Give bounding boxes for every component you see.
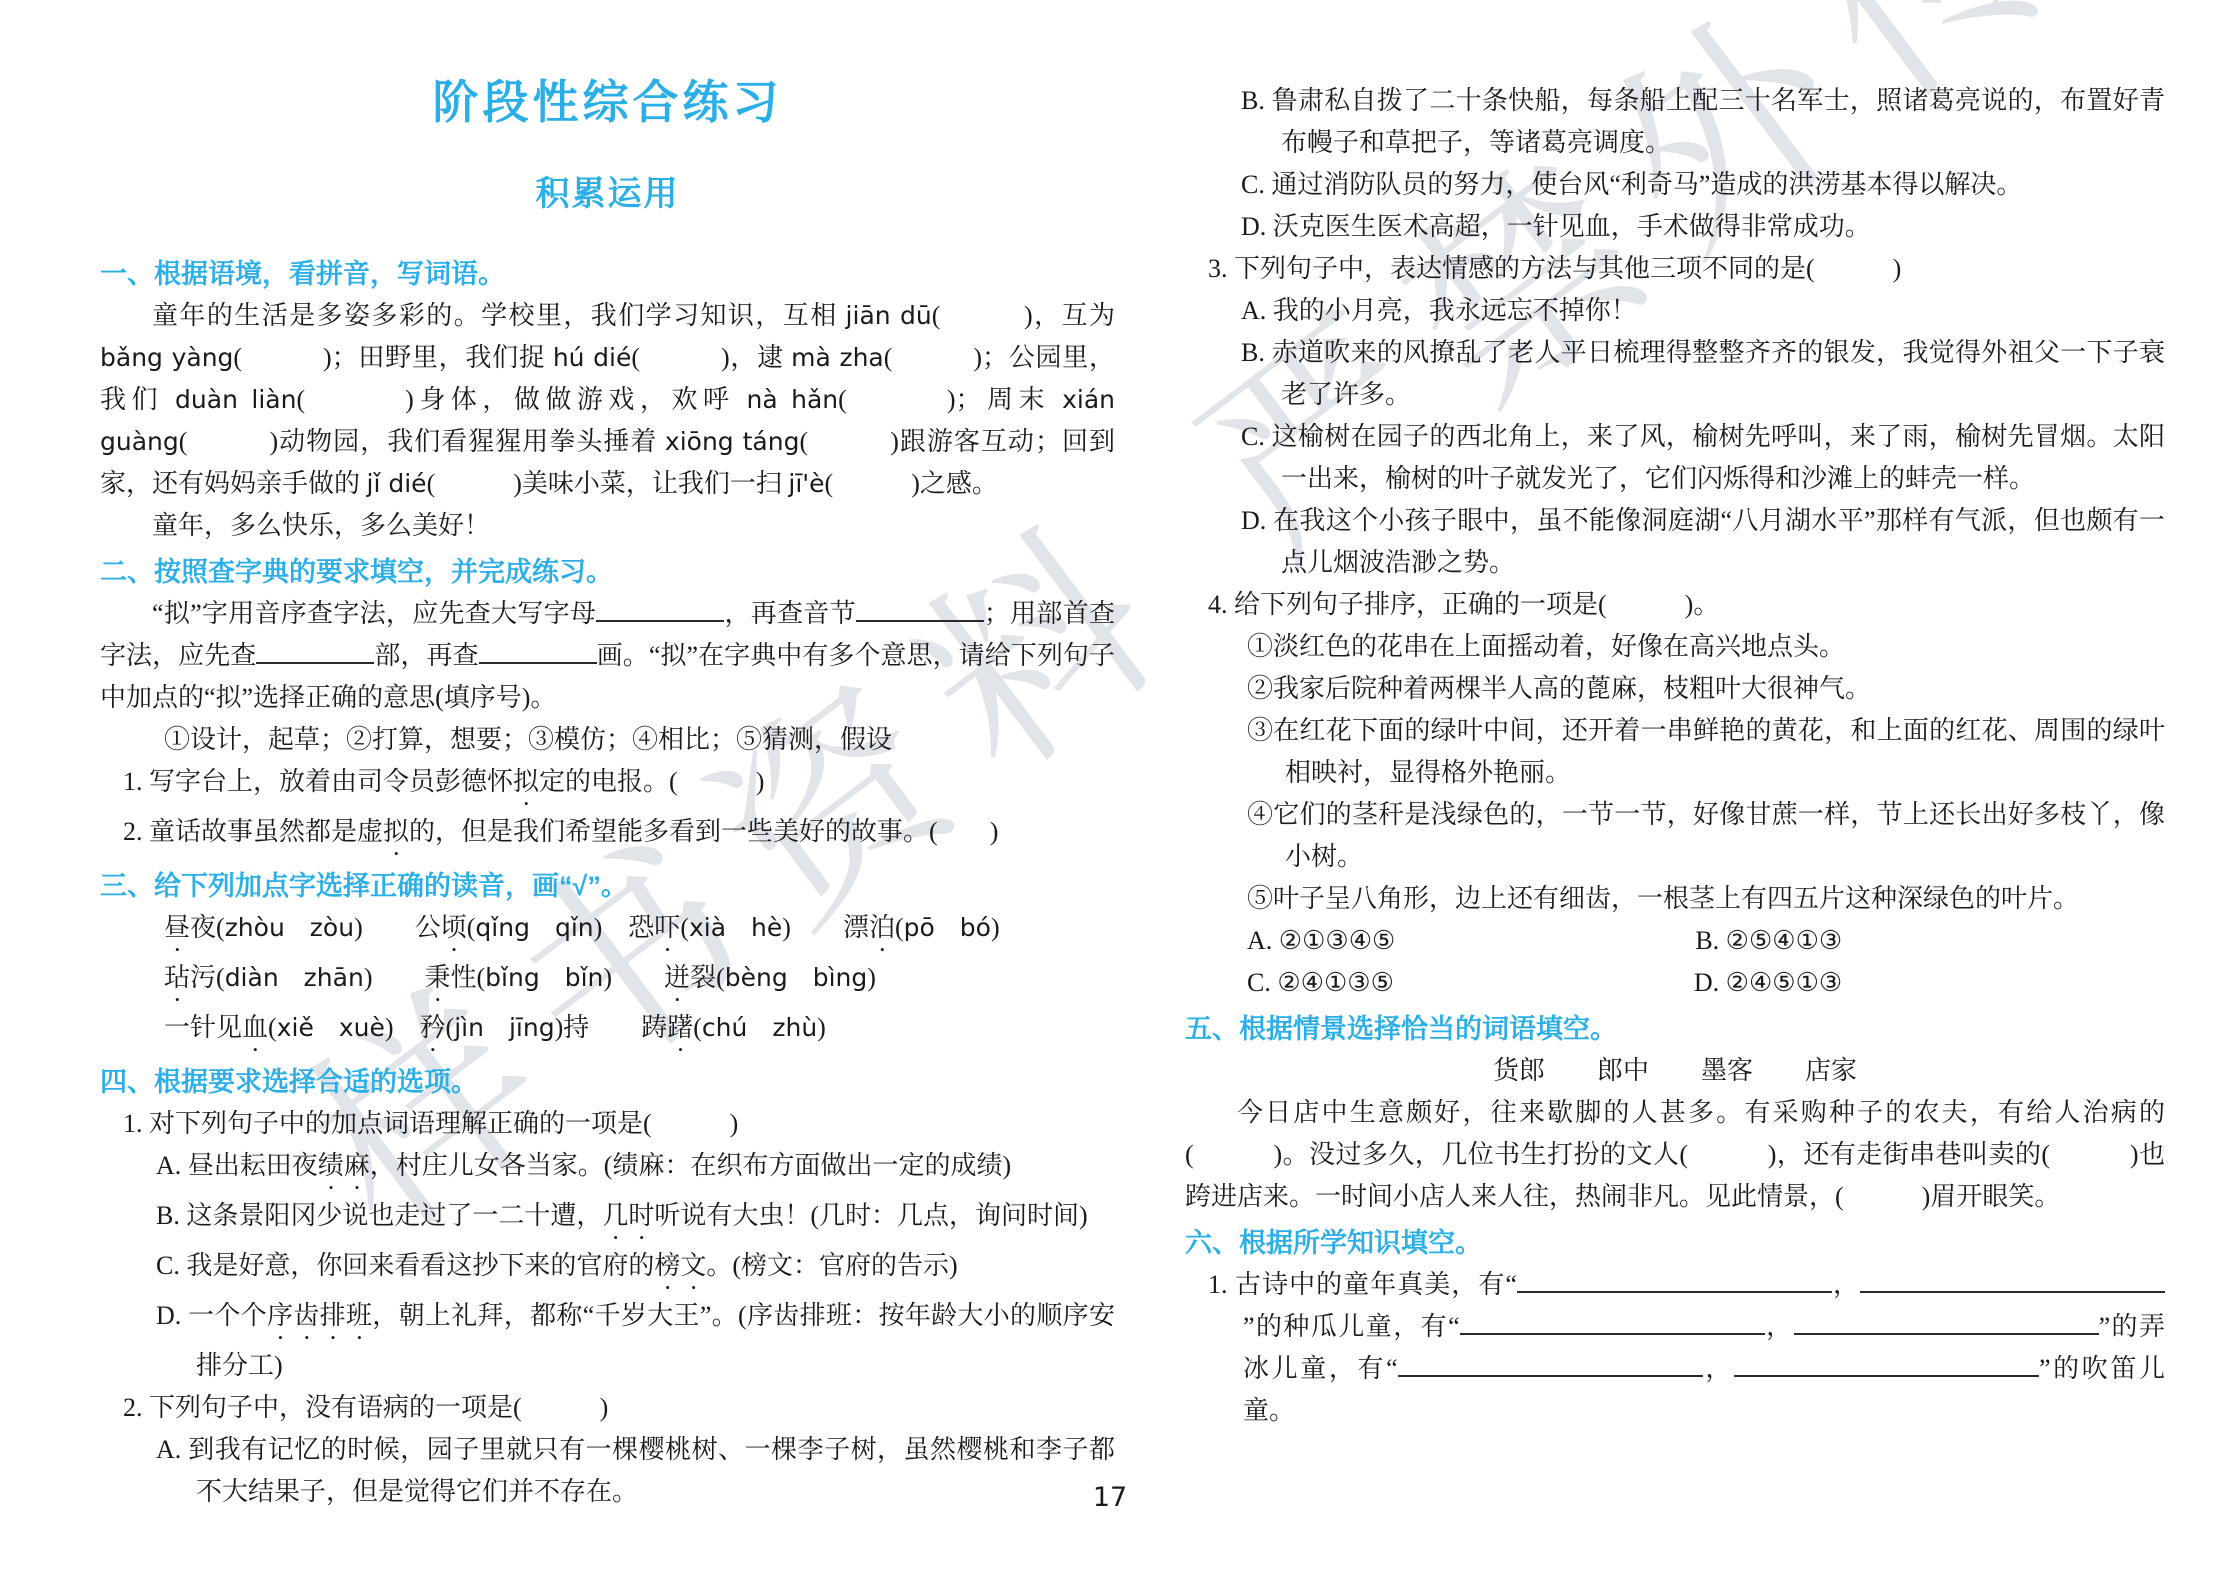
text-segment: D. ②④⑤①③ <box>1694 968 1842 997</box>
text-segment: ，再查音节 <box>724 599 856 628</box>
option-line: B. 鲁肃私自拨了二十条快船，每条船上配三十名军士，照诸葛亮说的，布置好青布幔子… <box>1185 80 2165 164</box>
ordered-sentence: ⑤叶子呈八角形，边上还有细齿，一根茎上有四五片这种深绿色的叶片。 <box>1185 878 2165 920</box>
pinyin-text: nà hǎn <box>747 385 839 414</box>
text-segment: ③在红花下面的绿叶中间，还开着一串鲜艳的黄花，和上面的红花、周围的绿叶相映衬，显… <box>1247 716 2165 787</box>
answer-options-row: C. ②④①③⑤D. ②④⑤①③ <box>1185 962 2165 1004</box>
page-title: 阶段性综合练习 <box>100 66 1115 132</box>
text-segment: ( <box>895 913 904 942</box>
text-segment: ①淡红色的花串在上面摇动着，好像在高兴地点头。 <box>1247 632 1845 661</box>
ordered-sentence: ②我家后院种着两棵半人高的蓖麻，枝粗叶大很神气。 <box>1185 668 2165 710</box>
emphasized-char: 顷 <box>441 913 467 942</box>
section-4-header: 四、根据要求选择合适的选项。 <box>100 1061 1115 1103</box>
option-line: C. 我是好意，你回来看看这抄下来的官府的榜文。(榜文：官府的告示) <box>100 1245 1115 1295</box>
right-column-content: B. 鲁肃私自拨了二十条快船，每条船上配三十名军士，照诸葛亮说的，布置好青布幔子… <box>1185 80 2165 1432</box>
option-line: D. 一个个序齿排班，朝上礼拜，都称“千岁大王”。(序齿排班：按年龄大小的顺序安… <box>100 1295 1115 1387</box>
text-segment: ， <box>1765 1312 1794 1341</box>
text-segment: 童年，多么快乐，多么美好！ <box>152 511 490 540</box>
text-segment: 1. 写字台上，放着由司令员彭德怀 <box>123 767 513 796</box>
text-segment: )持 踌 <box>555 1013 668 1042</box>
text-segment: ( )；周末 <box>838 385 1062 414</box>
two-column-layout: 阶段性综合练习 积累运用 一、根据语境，看拼音，写词语。童年的生活是多姿多彩的。… <box>100 58 2165 1513</box>
text-segment: B. ②⑤④①③ <box>1695 926 1842 955</box>
word-bank: 货郎 郎中 墨客 店家 <box>1185 1050 2165 1092</box>
answer-blank[interactable] <box>1860 1266 2165 1293</box>
text-segment: ，村庄儿女各当家。(绩麻：在织布方面做出一定的成绩) <box>370 1151 1011 1180</box>
text-segment: ) 漂 <box>782 913 869 942</box>
text-segment: ( <box>693 1013 702 1042</box>
pinyin-text: zhòu zòu <box>225 913 354 942</box>
answer-blank[interactable] <box>1734 1350 2039 1377</box>
pinyin-text: chú zhù <box>702 1013 817 1042</box>
text-segment: C. 我是好意，你回来看看这抄下来的官府的 <box>156 1251 654 1280</box>
text-segment: ①设计，起草；②打算，想要；③模仿；④相比；⑤猜测，假设 <box>164 725 892 754</box>
text-segment: 二、按照查字典的要求填空，并完成练习。 <box>100 557 613 587</box>
section-6-header: 六、根据所学知识填空。 <box>1185 1222 2165 1264</box>
text-segment: ) <box>364 963 425 992</box>
text-segment: ⑤叶子呈八角形，边上还有细齿，一根茎上有四五片这种深绿色的叶片。 <box>1247 884 2079 913</box>
emphasized-char: 迸 <box>664 963 690 992</box>
text-segment: ②我家后院种着两棵半人高的蓖麻，枝粗叶大很神气。 <box>1247 674 1871 703</box>
meaning-choices: ①设计，起草；②打算，想要；③模仿；④相比；⑤猜测，假设 <box>100 719 1115 761</box>
pinyin-text: bǎng yàng <box>100 343 233 372</box>
section-2-header: 二、按照查字典的要求填空，并完成练习。 <box>100 551 1115 593</box>
question-line: 3. 下列句子中，表达情感的方法与其他三项不同的是( ) <box>1185 248 2165 290</box>
answer-blank[interactable] <box>1398 1350 1703 1377</box>
pronunciation-row: 昼夜(zhòu zòu) 公顷(qǐng qǐn) 恐吓(xià hè) 漂泊(… <box>100 907 1115 957</box>
text-segment: C. 这榆树在园子的西北角上，来了风，榆树先呼叫，来了雨，榆树先冒烟。太阳一出来… <box>1241 422 2165 493</box>
option-line: A. 昼出耘田夜绩麻，村庄儿女各当家。(绩麻：在织布方面做出一定的成绩) <box>100 1145 1115 1195</box>
text-segment: ( )；田野里，我们捉 <box>233 343 552 372</box>
text-segment: 裂( <box>690 963 725 992</box>
option-line: C. 通过消防队员的努力，使台风“利奇马”造成的洪涝基本得以解决。 <box>1185 164 2165 206</box>
answer-blank[interactable] <box>596 595 724 622</box>
text-segment: ( )之感。 <box>825 469 998 498</box>
text-segment: C. 通过消防队员的努力，使台风“利奇马”造成的洪涝基本得以解决。 <box>1241 170 2022 199</box>
text-segment: 。(榜文：官府的告示) <box>706 1251 957 1280</box>
pinyin-text: diàn zhān <box>225 963 364 992</box>
pinyin-text: jiān dū <box>846 301 932 330</box>
pinyin-text: jìn jīng <box>454 1013 554 1042</box>
emphasized-char: 拟 <box>383 817 409 846</box>
text-segment: 三、给下列加点字选择正确的读音，画“√”。 <box>100 871 628 901</box>
pinyin-text: hú dié <box>553 343 632 372</box>
question-line: 1. 对下列句子中的加点词语理解正确的一项是( ) <box>100 1103 1115 1145</box>
text-segment: 六、根据所学知识填空。 <box>1185 1228 1482 1258</box>
emphasized-char: 秉 <box>424 963 450 992</box>
text-segment: ) <box>867 963 876 992</box>
option-line: C. 这榆树在园子的西北角上，来了风，榆树先呼叫，来了雨，榆树先冒烟。太阳一出来… <box>1185 416 2165 500</box>
text-segment: “拟”字用音序查字法，应先查大写字母 <box>152 599 596 628</box>
left-column-content: 一、根据语境，看拼音，写词语。童年的生活是多姿多彩的。学校里，我们学习知识，互相… <box>100 253 1115 1513</box>
text-segment: 1. 对下列句子中的加点词语理解正确的一项是( ) <box>123 1109 738 1138</box>
text-segment: D. 在我这个小孩子眼中，虽不能像洞庭湖“八月湖水平”那样有气派，但也颇有一点儿… <box>1241 506 2165 577</box>
text-segment: ， <box>1703 1354 1734 1383</box>
text-segment: ) 恐 <box>594 913 655 942</box>
text-segment: ( )，互为 <box>932 301 1115 330</box>
emphasized-char: 矜 <box>420 1013 446 1042</box>
pinyin-text: duàn liàn <box>175 385 296 414</box>
answer-blank[interactable] <box>1517 1266 1832 1293</box>
option-line: A. 我的小月亮，我永远忘不掉你！ <box>1185 290 2165 332</box>
text-segment: ( )，逮 <box>631 343 791 372</box>
section-1-header: 一、根据语境，看拼音，写词语。 <box>100 253 1115 295</box>
question-line: 2. 下列句子中，没有语病的一项是( ) <box>100 1387 1115 1429</box>
question-line: 4. 给下列句子排序，正确的一项是( )。 <box>1185 584 2165 626</box>
text-segment: ( )身体，做做游戏，欢呼 <box>296 385 746 414</box>
text-segment: 童年的生活是多姿多彩的。学校里，我们学习知识，互相 <box>152 301 846 330</box>
text-segment: 四、根据要求选择合适的选项。 <box>100 1067 478 1097</box>
page-subtitle: 积累运用 <box>100 166 1115 215</box>
poem-fill-line: 1. 古诗中的童年真美，有“，”的种瓜儿童，有“，”的弄冰儿童，有“，”的吹笛儿… <box>1185 1264 2165 1432</box>
paragraph: 童年，多么快乐，多么美好！ <box>100 505 1115 547</box>
left-column: 阶段性综合练习 积累运用 一、根据语境，看拼音，写词语。童年的生活是多姿多彩的。… <box>100 58 1115 1513</box>
pinyin-text: qǐng qǐn <box>475 913 593 942</box>
page-number: 17 <box>0 1482 2220 1513</box>
section-3-header: 三、给下列加点字选择正确的读音，画“√”。 <box>100 865 1115 907</box>
text-segment: ”的种瓜儿童，有“ <box>1243 1312 1460 1341</box>
pronunciation-row: 一针见血(xiě xuè) 矜(jìn jīng)持 踌躇(chú zhù) <box>100 1007 1115 1057</box>
pinyin-text: jī'è <box>788 469 824 498</box>
section-5-header: 五、根据情景选择恰当的词语填空。 <box>1185 1008 2165 1050</box>
answer-blank[interactable] <box>479 637 597 664</box>
question-line: 1. 写字台上，放着由司令员彭德怀拟定的电报。( ) <box>100 761 1115 811</box>
text-segment: B. 这条景阳冈少说也走过了一二十遭， <box>156 1201 602 1230</box>
emphasized-char: 绩麻 <box>318 1151 370 1180</box>
text-segment: ， <box>1832 1270 1860 1299</box>
pronunciation-row: 玷污(diàn zhān) 秉性(bǐng bǐn) 迸裂(bèng bìng) <box>100 957 1115 1007</box>
text-segment: B. 赤道吹来的风撩乱了老人平日梳理得整整齐齐的银发，我觉得外祖父一下子衰老了许… <box>1241 338 2165 409</box>
text-segment: 4. 给下列句子排序，正确的一项是( )。 <box>1208 590 1719 619</box>
pinyin-text: xiě xuè <box>277 1013 385 1042</box>
ordered-sentence: ④它们的茎秆是浅绿色的，一节一节，好像甘蔗一样，节上还长出好多枝丫，像小树。 <box>1185 794 2165 878</box>
text-segment: 3. 下列句子中，表达情感的方法与其他三项不同的是( ) <box>1208 254 1901 283</box>
text-segment: 2. 下列句子中，没有语病的一项是( ) <box>123 1393 608 1422</box>
pinyin-text: bǐng bǐn <box>485 963 603 992</box>
emphasized-char: 泊 <box>869 913 895 942</box>
right-column: B. 鲁肃私自拨了二十条快船，每条船上配三十名军士，照诸葛亮说的，布置好青布幔子… <box>1185 58 2165 1513</box>
text-segment: B. 鲁肃私自拨了二十条快船，每条船上配三十名军士，照诸葛亮说的，布置好青布幔子… <box>1241 86 2165 157</box>
text-segment: 1. 古诗中的童年真美，有“ <box>1208 1270 1517 1299</box>
answer-blank[interactable] <box>1460 1308 1765 1335</box>
question-line: 2. 童话故事虽然都是虚拟的，但是我们希望能多看到一些美好的故事。( ) <box>100 811 1115 861</box>
text-segment: 夜( <box>190 913 225 942</box>
answer-blank[interactable] <box>856 595 984 622</box>
text-segment: 性( <box>451 963 486 992</box>
text-segment: A. ②①③④⑤ <box>1247 926 1395 955</box>
text-segment: D. 沃克医生医术高超，一针见血，手术做得非常成功。 <box>1241 212 1871 241</box>
text-segment: 一、根据语境，看拼音，写词语。 <box>100 259 505 289</box>
ordered-sentence: ③在红花下面的绿叶中间，还开着一串鲜艳的黄花，和上面的红花、周围的绿叶相映衬，显… <box>1185 710 2165 794</box>
text-segment: ) <box>603 963 664 992</box>
text-segment: 定的电报。( ) <box>539 767 764 796</box>
text-segment: ) <box>385 1013 420 1042</box>
pinyin-text: bèng bìng <box>725 963 868 992</box>
text-segment: 五、根据情景选择恰当的词语填空。 <box>1185 1014 1617 1044</box>
option-line: D. 沃克医生医术高超，一针见血，手术做得非常成功。 <box>1185 206 2165 248</box>
text-segment: 一针见 <box>164 1013 242 1042</box>
answer-options-row: A. ②①③④⑤B. ②⑤④①③ <box>1185 920 2165 962</box>
dictionary-paragraph: “拟”字用音序查字法，应先查大写字母，再查音节；用部首查字法，应先查部，再查画。… <box>100 593 1115 719</box>
emphasized-char: 躇 <box>667 1013 693 1042</box>
pinyin-text: xiōng táng <box>665 427 800 456</box>
emphasized-char: 玷 <box>164 963 190 992</box>
emphasized-char: 血 <box>242 1013 268 1042</box>
emphasized-char: 几时 <box>602 1201 654 1230</box>
option-line: D. 在我这个小孩子眼中，虽不能像洞庭湖“八月湖水平”那样有气派，但也颇有一点儿… <box>1185 500 2165 584</box>
text-segment: D. 一个个 <box>156 1301 267 1330</box>
emphasized-char: 榜文 <box>654 1251 706 1280</box>
context-fill-paragraph: 今日店中生意颇好，往来歇脚的人甚多。有采购种子的农夫，有给人治病的( )。没过多… <box>1185 1092 2165 1218</box>
option-line: B. 这条景阳冈少说也走过了一二十遭，几时听说有大虫！(几时：几点，询问时间) <box>100 1195 1115 1245</box>
ordered-sentence: ①淡红色的花串在上面摇动着，好像在高兴地点头。 <box>1185 626 2165 668</box>
pinyin-fill-paragraph: 童年的生活是多姿多彩的。学校里，我们学习知识，互相 jiān dū( )，互为 … <box>100 295 1115 505</box>
pinyin-text: jǐ dié <box>367 469 427 498</box>
text-segment: A. 昼出耘田夜 <box>156 1151 318 1180</box>
text-segment: ( <box>680 913 689 942</box>
pinyin-text: mà zha <box>791 343 884 372</box>
text-segment: 污( <box>190 963 225 992</box>
answer-blank[interactable] <box>1794 1308 2099 1335</box>
text-segment: 听说有大虫！(几时：几点，询问时间) <box>654 1201 1087 1230</box>
text-segment: ) <box>817 1013 826 1042</box>
pinyin-text: xià hè <box>689 913 782 942</box>
emphasized-char: 昼 <box>164 913 190 942</box>
text-segment: ( <box>446 1013 455 1042</box>
text-segment: 2. 童话故事虽然都是虚 <box>123 817 383 846</box>
text-segment: ( <box>268 1013 277 1042</box>
text-segment: ( )动物园，我们看猩猩用拳头捶着 <box>179 427 665 456</box>
text-segment: 今日店中生意颇好，往来歇脚的人甚多。有采购种子的农夫，有给人治病的( )。没过多… <box>1185 1098 2165 1211</box>
text-segment: ④它们的茎秆是浅绿色的，一节一节，好像甘蔗一样，节上还长出好多枝丫，像小树。 <box>1247 800 2165 871</box>
worksheet-page: 样书资料 严禁外传 阶段性综合练习 积累运用 一、根据语境，看拼音，写词语。童年… <box>0 0 2220 1571</box>
emphasized-char: 吓 <box>654 913 680 942</box>
pinyin-text: pō bó <box>904 913 991 942</box>
emphasized-char: 序齿排班 <box>267 1301 372 1330</box>
text-segment: ) <box>991 913 1000 942</box>
text-segment: 的，但是我们希望能多看到一些美好的故事。( ) <box>409 817 998 846</box>
text-segment: 货郎 郎中 墨客 店家 <box>1493 1056 1857 1085</box>
text-segment: A. 我的小月亮，我永远忘不掉你！ <box>1241 296 1637 325</box>
text-segment: ( )美味小菜，让我们一扫 <box>427 469 789 498</box>
text-segment: ) 公 <box>354 913 441 942</box>
answer-blank[interactable] <box>256 637 374 664</box>
emphasized-char: 拟 <box>513 767 539 796</box>
text-segment: C. ②④①③⑤ <box>1247 968 1394 997</box>
text-segment: 部，再查 <box>374 641 478 670</box>
option-line: B. 赤道吹来的风撩乱了老人平日梳理得整整齐齐的银发，我觉得外祖父一下子衰老了许… <box>1185 332 2165 416</box>
